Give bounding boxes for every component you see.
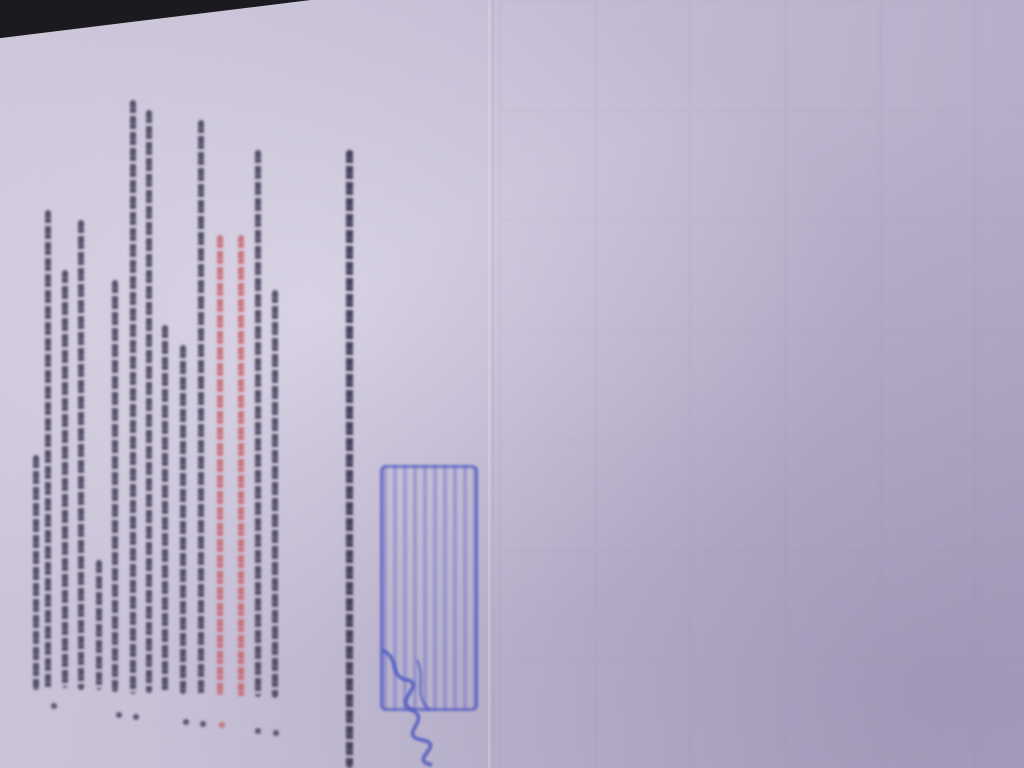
text-line [162, 325, 168, 692]
text-line [272, 290, 278, 698]
text-line [130, 100, 136, 694]
bold-footer-line [346, 150, 353, 768]
text-line [78, 220, 84, 690]
list-bullet [273, 730, 279, 736]
text-line [198, 120, 204, 695]
text-line [180, 345, 186, 694]
list-bullet [51, 703, 57, 709]
list-bullet [133, 714, 139, 720]
text-line [45, 210, 51, 690]
text-line [146, 110, 152, 693]
red-text-line [238, 235, 244, 697]
text-line [62, 270, 68, 688]
text-line [112, 280, 118, 692]
red-text-line [217, 235, 223, 695]
list-bullet [116, 712, 122, 718]
list-bullet [219, 722, 225, 728]
text-line [255, 150, 261, 697]
text-line [96, 560, 102, 690]
list-bullet [183, 719, 189, 725]
signature [372, 640, 452, 768]
list-bullet [255, 728, 261, 734]
list-bullet [200, 721, 206, 727]
document-text-block [0, 0, 1024, 768]
text-line [33, 455, 39, 690]
